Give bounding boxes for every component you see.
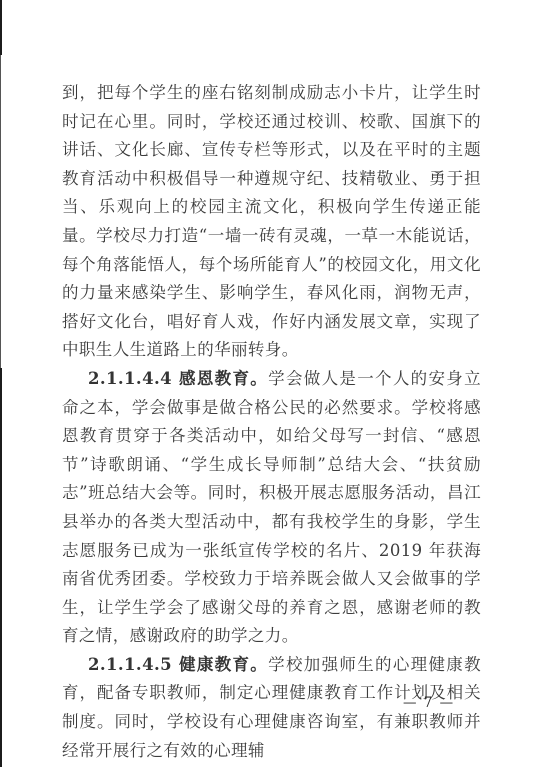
page-body: 到，把每个学生的座右铭刻制成励志小卡片，让学生时时记在心里。同时，学校还通过校训…: [62, 79, 481, 765]
document-page: 到，把每个学生的座右铭刻制成励志小卡片，让学生时时记在心里。同时，学校还通过校训…: [0, 0, 543, 767]
page-footer: — 7 —: [403, 695, 463, 711]
page-number: — 7 —: [403, 695, 455, 711]
scan-edge-artifact-bottom: [0, 368, 2, 767]
scan-edge-artifact-top: [0, 0, 2, 55]
paragraph-text: 到，把每个学生的座右铭刻制成励志小卡片，让学生时时记在心里。同时，学校还通过校训…: [62, 83, 481, 359]
paragraph-gratitude-education: 2.1.1.4.4 感恩教育。学会做人是一个人的安身立命之本，学会做事是做合格公…: [62, 365, 481, 651]
section-heading: 2.1.1.4.5 健康教育。: [88, 655, 268, 674]
section-heading: 2.1.1.4.4 感恩教育。: [88, 369, 268, 388]
paragraph-continuation: 到，把每个学生的座右铭刻制成励志小卡片，让学生时时记在心里。同时，学校还通过校训…: [62, 79, 481, 365]
paragraph-text: 学会做人是一个人的安身立命之本，学会做事是做合格公民的必然要求。学校将感恩教育贯…: [62, 369, 481, 645]
